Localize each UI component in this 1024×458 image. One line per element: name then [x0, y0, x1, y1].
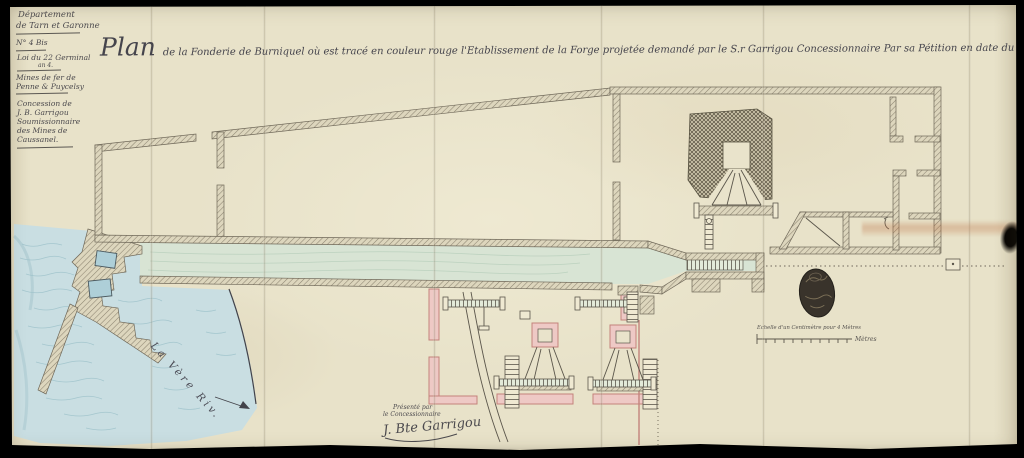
concession-line: Concession de	[17, 99, 72, 108]
mines-line: Mines de fer de	[16, 73, 76, 82]
department-line: de Tarn et Garonne	[16, 21, 100, 31]
concession-line: Caussanel.	[17, 135, 58, 144]
scale-caption: Echelle d'un Centimètre pour 4 Mètres	[756, 324, 861, 331]
sluice-gate	[95, 251, 117, 269]
furnace-plan	[688, 109, 778, 249]
title-lead-word: Plan	[100, 32, 156, 61]
department-line: Département	[18, 10, 75, 20]
headrace-rack	[687, 259, 743, 270]
ink-stamp	[797, 267, 837, 318]
signature-block: Présenté par le Concessionnaire J. Bte G…	[383, 404, 481, 442]
concession-line: des Mines de	[17, 126, 67, 135]
scale-bar: Echelle d'un Centimètre pour 4 Mètres Mè…	[756, 324, 877, 344]
law-line: Loi du 22 Germinal	[17, 53, 90, 62]
axle-upper-left	[443, 297, 505, 330]
ink-blotch	[998, 220, 1024, 256]
sluice-gate	[88, 279, 112, 298]
plan-title: Plan de la Fonderie de Burniquel où est …	[100, 30, 1024, 59]
axle-upper-right	[575, 292, 638, 322]
discoloration-stain	[862, 220, 1020, 237]
paper-sheet: .wall{fill:url(#hatch);stroke:#6f6859;st…	[0, 0, 1024, 458]
concession-line: J. B. Garrigou	[17, 108, 69, 117]
gear-box	[520, 311, 530, 319]
scanned-plan-document: .wall{fill:url(#hatch);stroke:#6f6859;st…	[0, 0, 1024, 458]
mines-line: Penne & Puycelsy	[16, 82, 84, 91]
survey-dotted-line	[766, 259, 1006, 270]
wheel-platform	[698, 206, 774, 215]
concession-line: Soumissionnaire	[17, 117, 80, 126]
reference-number: N° 4 Bis	[16, 38, 48, 47]
scale-unit-label: Mètres	[854, 336, 877, 343]
signature-presented-line: Présenté par	[393, 404, 481, 411]
law-line: an 4.	[38, 62, 53, 69]
title-text: de la Fonderie de Burniquel où est tracé…	[163, 42, 1024, 58]
